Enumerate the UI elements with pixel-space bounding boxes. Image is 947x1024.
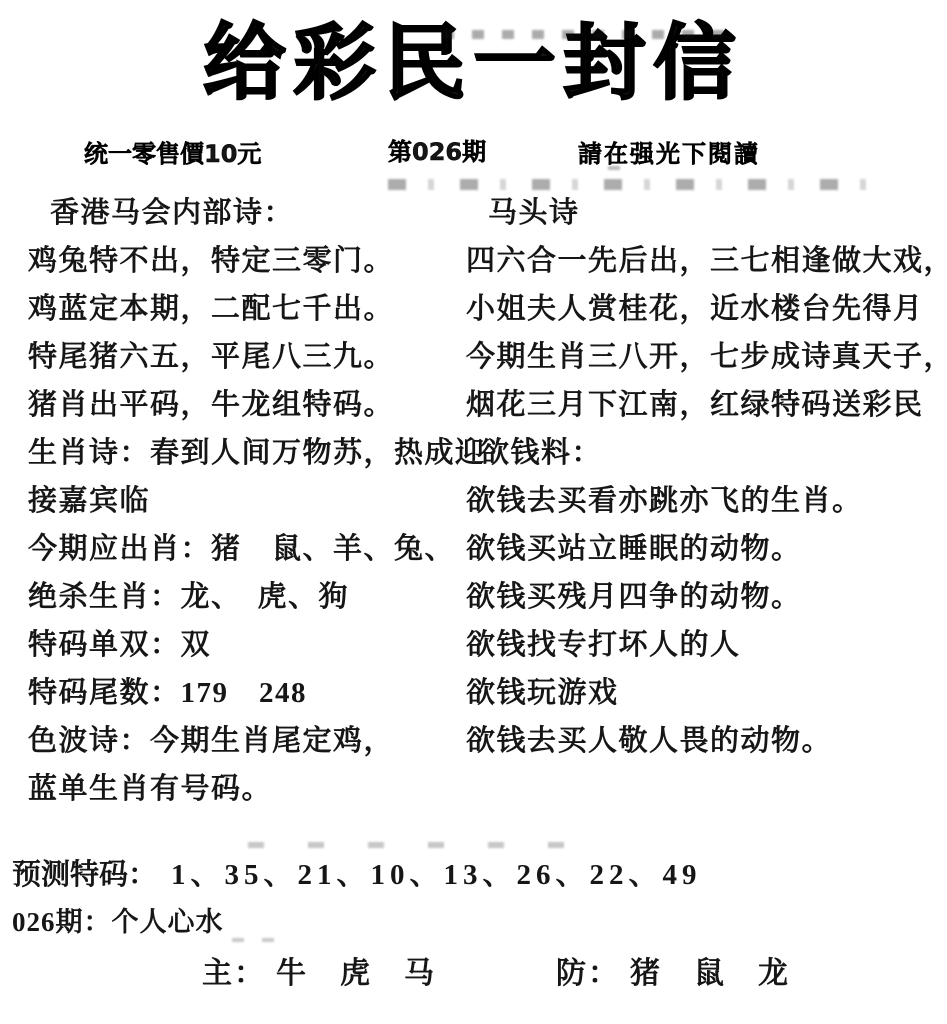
text-line: 鸡兔特不出，特定三零门。 — [28, 246, 466, 276]
main-animals-line: 主：牛 虎 马 — [202, 948, 436, 992]
text-line: 欲钱买站立睡眠的动物。 — [466, 534, 941, 564]
text-line: 接嘉宾临 — [28, 486, 466, 516]
issue-number-label: 第026期 — [388, 132, 486, 167]
scan-artifact-midline — [388, 179, 874, 190]
text-line: 欲钱去买人敬人畏的动物。 — [466, 726, 941, 756]
predicted-special-numbers-line: 预测特码：1、35、21、10、13、26、22、49 — [12, 852, 702, 893]
prediction-numbers: 1、35、21、10、13、26、22、49 — [157, 859, 702, 891]
text-line: 小姐夫人赏桂花，近水楼台先得月 — [466, 294, 941, 324]
text-line: 欲钱找专打坏人的人 — [466, 630, 941, 660]
text-line: 特尾猪六五，平尾八三九。 — [28, 342, 466, 372]
scan-artifact-numbers — [248, 842, 578, 848]
left-column-heading: 香港马会内部诗： — [28, 198, 466, 228]
text-line: 生肖诗：春到人间万物苏，热成迎 — [28, 438, 466, 468]
issue-personal-pick-line: 026期：个人心水 — [12, 900, 224, 939]
reading-notice-label: 請在强光下閱讀 — [578, 134, 760, 169]
text-line: 特码尾数：179 248 — [28, 678, 466, 708]
text-line: 猪肖出平码，牛龙组特码。 — [28, 390, 466, 420]
money-material-heading: 欲钱料： — [466, 438, 941, 468]
text-line: 今期应出肖：猪 鼠、羊、兔、 — [28, 534, 466, 564]
text-line: 特码单双：双 — [28, 630, 466, 660]
main-animals: 牛 虎 马 — [266, 957, 436, 990]
guard-animals: 猪 鼠 龙 — [620, 957, 790, 990]
right-column: 马头诗 四六合一先后出，三七相逢做大戏， 小姐夫人赏桂花，近水楼台先得月 今期生… — [466, 198, 941, 774]
scan-artifact-footer — [232, 938, 274, 942]
retail-price-label: 统一零售價10元 — [84, 134, 261, 169]
left-column: 香港马会内部诗： 鸡兔特不出，特定三零门。 鸡蓝定本期，二配七千出。 特尾猪六五… — [28, 198, 466, 822]
flyer-page: 给彩民一封信 统一零售價10元 第026期 請在强光下閱讀 香港马会内部诗： 鸡… — [0, 0, 947, 1024]
page-title: 给彩民一封信 — [0, 16, 947, 112]
text-line: 烟花三月下江南，红绿特码送彩民 — [466, 390, 941, 420]
text-line: 欲钱买残月四争的动物。 — [466, 582, 941, 612]
right-column-heading: 马头诗 — [466, 198, 941, 228]
text-line: 欲钱去买看亦跳亦飞的生肖。 — [466, 486, 941, 516]
text-line: 鸡蓝定本期，二配七千出。 — [28, 294, 466, 324]
text-line: 今期生肖三八开，七步成诗真天子， — [466, 342, 941, 372]
text-line: 四六合一先后出，三七相逢做大戏， — [466, 246, 941, 276]
guard-label: 防： — [556, 957, 620, 990]
text-line: 绝杀生肖：龙、 虎、狗 — [28, 582, 466, 612]
text-line: 欲钱玩游戏 — [466, 678, 941, 708]
text-line: 蓝单生肖有号码。 — [28, 774, 466, 804]
prediction-label: 预测特码： — [12, 859, 157, 891]
guard-animals-line: 防：猪 鼠 龙 — [556, 948, 790, 992]
text-line: 色波诗：今期生肖尾定鸡， — [28, 726, 466, 756]
main-label: 主： — [202, 957, 266, 990]
